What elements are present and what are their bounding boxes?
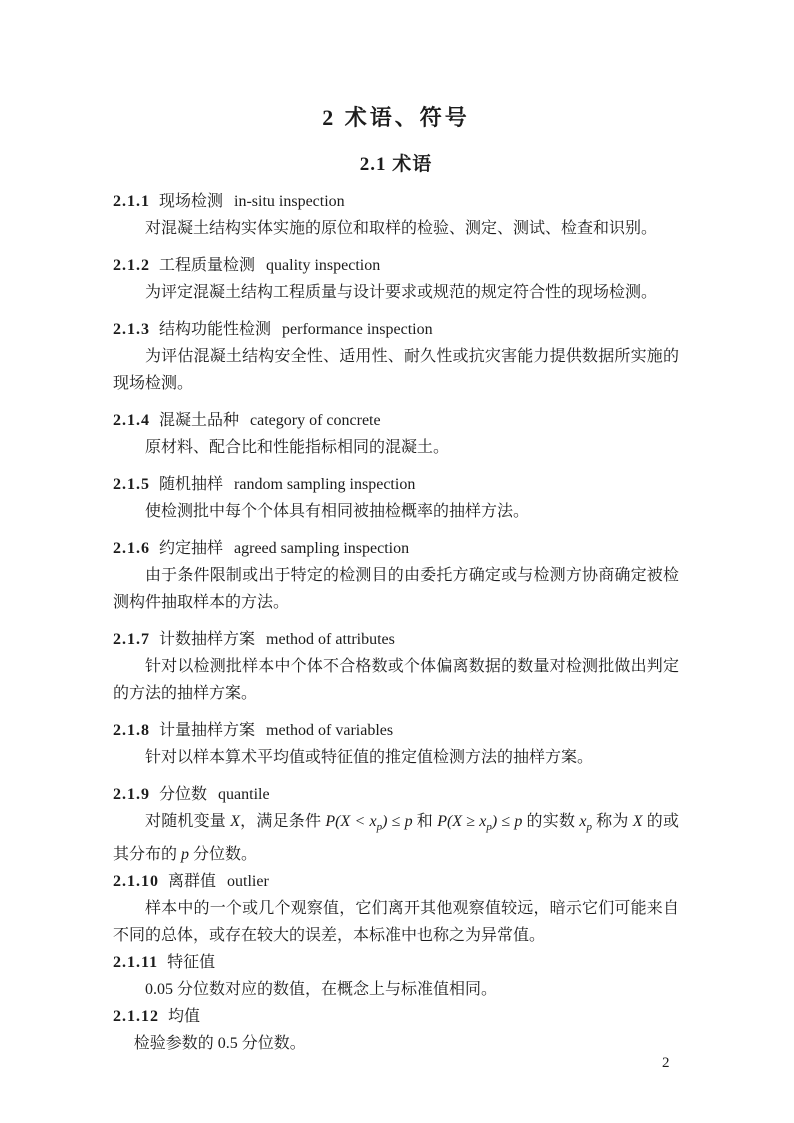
term-name: 现场检测 bbox=[159, 193, 223, 210]
term-definition: 针对以样本算术平均值或特征值的推定值检测方法的抽样方案。 bbox=[113, 744, 679, 771]
term-name: 混凝土品种 bbox=[159, 412, 239, 429]
term-heading: 2.1.6约定抽样agreed sampling inspection bbox=[113, 535, 679, 562]
term-entry: 2.1.10离群值outlier 样本中的一个或几个观察值，它们离开其他观察值较… bbox=[113, 868, 679, 949]
term-heading: 2.1.1现场检测in-situ inspection bbox=[113, 188, 679, 215]
term-heading: 2.1.7计数抽样方案method of attributes bbox=[113, 626, 679, 653]
term-english: in-situ inspection bbox=[234, 193, 345, 210]
term-heading: 2.1.9分位数quantile bbox=[113, 781, 679, 808]
term-english: performance inspection bbox=[282, 321, 433, 338]
term-number: 2.1.7 bbox=[113, 631, 150, 648]
term-definition: 0.05 分位数对应的数值，在概念上与标准值相同。 bbox=[113, 976, 679, 1003]
term-entry: 2.1.5随机抽样random sampling inspection 使检测批… bbox=[113, 471, 679, 525]
term-english: quantile bbox=[218, 786, 270, 803]
term-english: category of concrete bbox=[250, 412, 381, 429]
term-entry: 2.1.1现场检测in-situ inspection 对混凝土结构实体实施的原… bbox=[113, 188, 679, 242]
term-name: 结构功能性检测 bbox=[159, 321, 271, 338]
page-title: 2 术语、符号 bbox=[113, 106, 679, 130]
term-heading: 2.1.2工程质量检测quality inspection bbox=[113, 252, 679, 279]
term-name: 离群值 bbox=[168, 873, 216, 890]
term-number: 2.1.1 bbox=[113, 193, 150, 210]
term-entry: 2.1.3结构功能性检测performance inspection 为评估混凝… bbox=[113, 316, 679, 397]
term-entry: 2.1.8计量抽样方案method of variables 针对以样本算术平均… bbox=[113, 717, 679, 771]
term-name: 计量抽样方案 bbox=[159, 722, 255, 739]
term-heading: 2.1.8计量抽样方案method of variables bbox=[113, 717, 679, 744]
term-number: 2.1.5 bbox=[113, 476, 150, 493]
term-definition: 对混凝土结构实体实施的原位和取样的检验、测定、测试、检查和识别。 bbox=[113, 215, 679, 242]
term-entry: 2.1.4混凝土品种category of concrete 原材料、配合比和性… bbox=[113, 407, 679, 461]
term-name: 均值 bbox=[168, 1008, 200, 1025]
term-number: 2.1.8 bbox=[113, 722, 150, 739]
term-english: method of variables bbox=[266, 722, 393, 739]
term-number: 2.1.2 bbox=[113, 257, 150, 274]
term-name: 分位数 bbox=[159, 786, 207, 803]
term-definition: 针对以检测批样本中个体不合格数或个体偏离数据的数量对检测批做出判定的方法的抽样方… bbox=[113, 653, 679, 707]
term-number: 2.1.4 bbox=[113, 412, 150, 429]
term-entry: 2.1.7计数抽样方案method of attributes 针对以检测批样本… bbox=[113, 626, 679, 707]
term-entry: 2.1.12均值 检验参数的 0.5 分位数。 bbox=[113, 1003, 679, 1057]
term-name: 随机抽样 bbox=[159, 476, 223, 493]
term-number: 2.1.9 bbox=[113, 786, 150, 803]
term-definition: 使检测批中每个个体具有相同被抽检概率的抽样方法。 bbox=[113, 498, 679, 525]
section-title: 2.1 术语 bbox=[113, 155, 679, 175]
term-number: 2.1.10 bbox=[113, 873, 159, 890]
term-heading: 2.1.10离群值outlier bbox=[113, 868, 679, 895]
term-definition: 对随机变量 X，满足条件 P(X < xp) ≤ p 和 P(X ≥ xp) ≤… bbox=[113, 808, 679, 868]
term-name: 计数抽样方案 bbox=[159, 631, 255, 648]
term-definition: 为评估混凝土结构安全性、适用性、耐久性或抗灾害能力提供数据所实施的现场检测。 bbox=[113, 343, 679, 397]
term-english: random sampling inspection bbox=[234, 476, 415, 493]
term-definition: 样本中的一个或几个观察值，它们离开其他观察值较远，暗示它们可能来自不同的总体，或… bbox=[113, 895, 679, 949]
term-definition: 为评定混凝土结构工程质量与设计要求或规范的规定符合性的现场检测。 bbox=[113, 279, 679, 306]
term-name: 工程质量检测 bbox=[159, 257, 255, 274]
term-entry: 2.1.11特征值 0.05 分位数对应的数值，在概念上与标准值相同。 bbox=[113, 949, 679, 1003]
page-number: 2 bbox=[662, 1054, 670, 1072]
term-name: 约定抽样 bbox=[159, 540, 223, 557]
term-entry: 2.1.2工程质量检测quality inspection 为评定混凝土结构工程… bbox=[113, 252, 679, 306]
term-entry: 2.1.9分位数quantile 对随机变量 X，满足条件 P(X < xp) … bbox=[113, 781, 679, 868]
term-entry: 2.1.6约定抽样agreed sampling inspection 由于条件… bbox=[113, 535, 679, 616]
term-number: 2.1.12 bbox=[113, 1008, 159, 1025]
term-heading: 2.1.3结构功能性检测performance inspection bbox=[113, 316, 679, 343]
term-definition: 检验参数的 0.5 分位数。 bbox=[113, 1030, 679, 1057]
document-page: 2 术语、符号 2.1 术语 2.1.1现场检测in-situ inspecti… bbox=[0, 0, 794, 1123]
term-number: 2.1.11 bbox=[113, 954, 158, 971]
term-number: 2.1.6 bbox=[113, 540, 150, 557]
term-name: 特征值 bbox=[167, 954, 215, 971]
term-heading: 2.1.11特征值 bbox=[113, 949, 679, 976]
term-english: method of attributes bbox=[266, 631, 395, 648]
term-definition: 由于条件限制或出于特定的检测目的由委托方确定或与检测方协商确定被检测构件抽取样本… bbox=[113, 562, 679, 616]
term-definition: 原材料、配合比和性能指标相同的混凝土。 bbox=[113, 434, 679, 461]
term-heading: 2.1.5随机抽样random sampling inspection bbox=[113, 471, 679, 498]
page-content: 2 术语、符号 2.1 术语 2.1.1现场检测in-situ inspecti… bbox=[113, 106, 679, 1057]
term-english: quality inspection bbox=[266, 257, 380, 274]
term-english: outlier bbox=[227, 873, 269, 890]
term-heading: 2.1.12均值 bbox=[113, 1003, 679, 1030]
term-number: 2.1.3 bbox=[113, 321, 150, 338]
term-english: agreed sampling inspection bbox=[234, 540, 409, 557]
term-heading: 2.1.4混凝土品种category of concrete bbox=[113, 407, 679, 434]
